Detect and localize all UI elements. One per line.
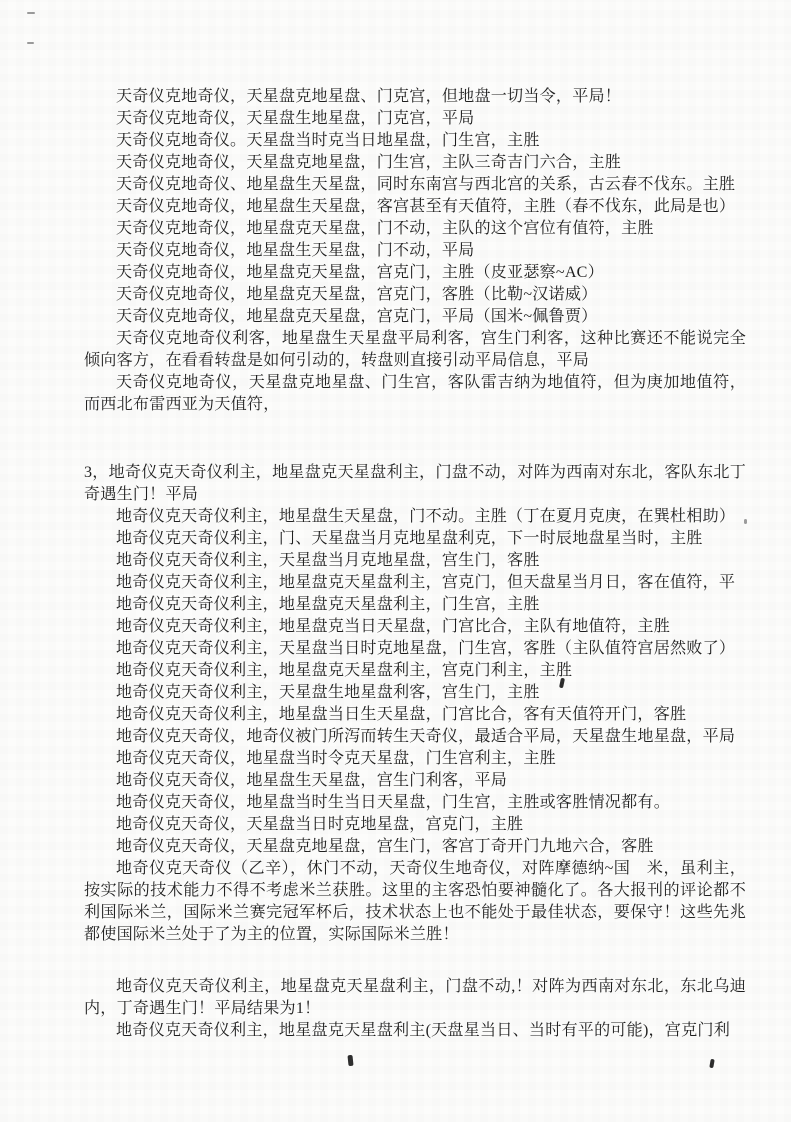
paragraph: 地奇仪克天奇仪利主，天星盘当日时克地星盘，门生宫，客胜（主队值符宫居然败了） [84,638,746,660]
scan-artifact [27,12,35,14]
paragraph: 天奇仪克地奇仪，天星盘克地星盘、门克宫，但地盘一切当令，平局！ [84,86,746,108]
paragraph: 地奇仪克天奇仪，天星盘克地星盘，宫生门，客宫丁奇开门九地六合，客胜 [84,836,746,858]
document-text-block: 天奇仪克地奇仪，天星盘克地星盘、门克宫，但地盘一切当令，平局！天奇仪克地奇仪，天… [84,86,746,1042]
paragraph: 地奇仪克天奇仪利主，地星盘克天星盘利主，门盘不动,！对阵为西南对东北，东北乌迪内… [84,976,746,1020]
paragraph: 地奇仪克天奇仪利主，地星盘生天星盘，门不动。主胜（丁在夏月克庚，在巽杜相助） [84,506,746,528]
scanned-document-page: 天奇仪克地奇仪，天星盘克地星盘、门克宫，但地盘一切当令，平局！天奇仪克地奇仪，天… [0,0,791,1122]
scan-artifact [27,42,34,44]
scan-artifact [709,1059,715,1069]
paragraph: 地奇仪克天奇仪利主，地星盘克天星盘利主，宫克门利主，主胜 [84,660,746,682]
paragraph: 天奇仪克地奇仪、地星盘生天星盘，同时东南宫与西北宫的关系，古云春不伐东。主胜 [84,174,746,196]
paragraph: 地奇仪克天奇仪，地星盘当时生当日天星盘，门生宫，主胜或客胜情况都有。 [84,792,746,814]
scan-artifact [168,666,171,672]
paragraph: 天奇仪克地奇仪利客，地星盘生天星盘平局利客，宫生门利客，这种比赛还不能说完全倾向… [84,328,746,372]
paragraph: 天奇仪克地奇仪，地星盘克天星盘，宫克门，主胜（皮亚瑟察~AC） [84,262,746,284]
paragraph: 天奇仪克地奇仪，地星盘生天星盘，客宫甚至有天值符，主胜（春不伐东，此局是也） [84,196,746,218]
paragraph: 天奇仪克地奇仪，地星盘克天星盘，宫克门，平局（国米~佩鲁贾） [84,306,746,328]
paragraph: 地奇仪克天奇仪利主，天星盘当月克地星盘，宫生门，客胜 [84,550,746,572]
paragraph: 地奇仪克天奇仪，地奇仪被门所泻而转生天奇仪，最适合平局，天星盘生地星盘，平局 [84,726,746,748]
paragraph: 地奇仪克天奇仪（乙辛），休门不动，天奇仪生地奇仪，对阵摩德纳~国 米，虽利主，按… [84,858,746,946]
paragraph: 天奇仪克地奇仪，地星盘克天星盘，宫克门，客胜（比勒~汉诺威） [84,284,746,306]
paragraph: 天奇仪克地奇仪，天星盘克地星盘、门生宫，客队雷吉纳为地值符，但为庚加地值符，而西… [84,372,746,416]
paragraph: 天奇仪克地奇仪，地星盘生天星盘，门不动，平局 [84,240,746,262]
paragraph: 天奇仪克地奇仪，天星盘生地星盘，门克宫，平局 [84,108,746,130]
paragraph: 地奇仪克天奇仪，天星盘当日时克地星盘，宫克门，主胜 [84,814,746,836]
paragraph: 地奇仪克天奇仪，地星盘生天星盘，宫生门利客，平局 [84,770,746,792]
scan-artifact [347,1055,353,1066]
paragraph: 天奇仪克地奇仪，地星盘克天星盘，门不动，主队的这个宫位有值符，主胜 [84,218,746,240]
paragraph: 天奇仪克地奇仪，天星盘克地星盘，门生宫，主队三奇吉门六合，主胜 [84,152,746,174]
paragraph: 地奇仪克天奇仪利主，地星盘克天星盘利主，门生宫，主胜 [84,594,746,616]
paragraph: 3，地奇仪克天奇仪利主，地星盘克天星盘利主，门盘不动，对阵为西南对东北，客队东北… [84,462,746,506]
paragraph: 地奇仪克天奇仪，地星盘当时令克天星盘，门生宫利主，主胜 [84,748,746,770]
paragraph: 地奇仪克天奇仪利主，天星盘生地星盘利客，宫生门，主胜 [84,682,746,704]
paragraph: 天奇仪克地奇仪。天星盘当时克当日地星盘，门生宫，主胜 [84,130,746,152]
paragraph: 地奇仪克天奇仪利主，地星盘当日生天星盘，门宫比合，客有天值符开门，客胜 [84,704,746,726]
paragraph: 地奇仪克天奇仪利主，地星盘克天星盘利主，宫克门，但天盘星当月日，客在值符，平 [84,572,746,594]
paragraph: 地奇仪克天奇仪利主，地星盘克天星盘利主(天盘星当日、当时有平的可能)，宫克门利 [84,1020,746,1042]
paragraph: 地奇仪克天奇仪利主，门、天星盘当月克地星盘利克，下一时辰地盘星当时，主胜 [84,528,746,550]
scan-artifact [744,519,747,524]
paragraph: 地奇仪克天奇仪利主，地星盘克当日天星盘，门宫比合，主队有地值符，主胜 [84,616,746,638]
